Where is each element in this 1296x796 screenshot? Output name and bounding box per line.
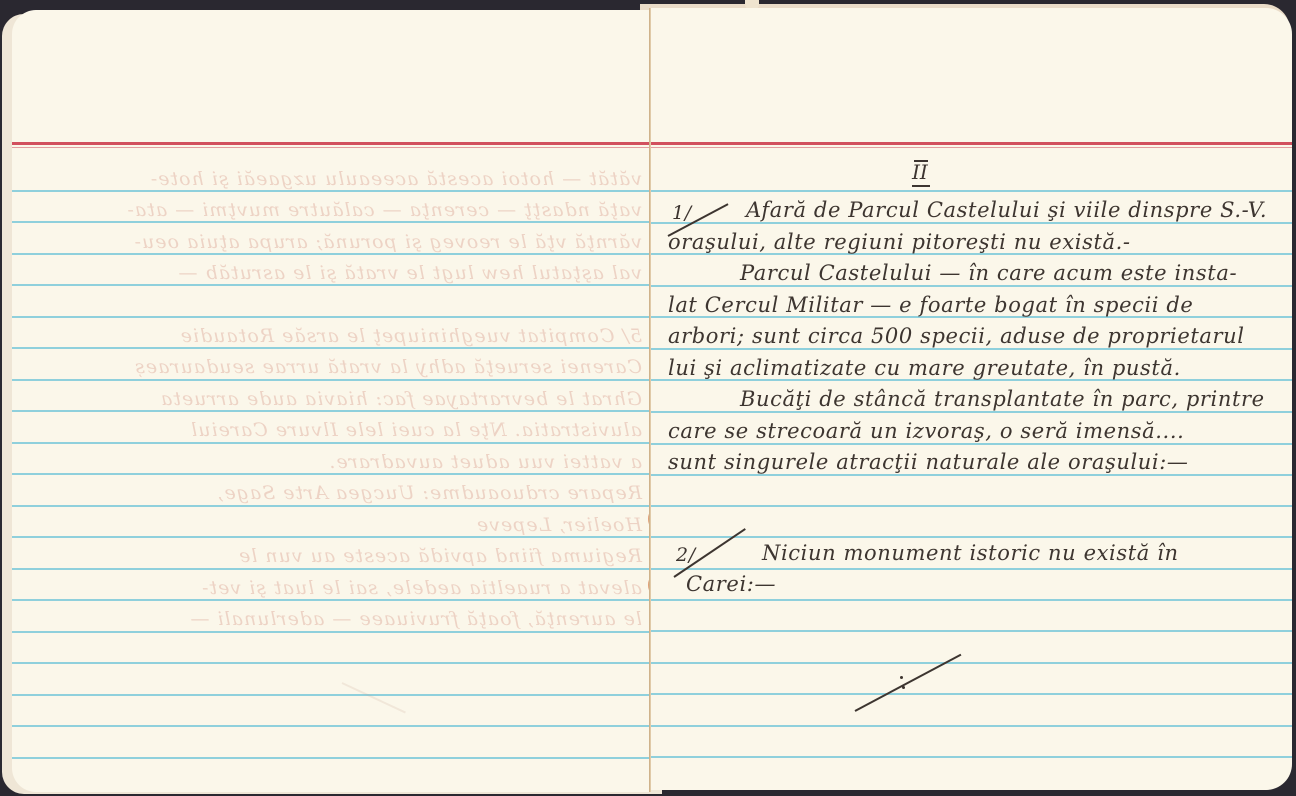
blue-rule [650, 411, 1292, 413]
blue-rule [12, 505, 650, 507]
section-1-line: Bucăţi de stâncă transplantate în parc, … [740, 387, 1265, 411]
bleed-through-slash-mark [342, 682, 406, 713]
bleed-through-line: Regiuma fiind apvidă aceste au vun le [82, 545, 642, 567]
blue-rule [12, 536, 650, 538]
section-1-line: lui şi aclimatizate cu mare greutate, în… [668, 356, 1181, 380]
blue-rule [12, 442, 650, 444]
section-1-number: 1/ [672, 202, 692, 224]
blue-rule [650, 443, 1292, 445]
blue-rule [650, 599, 1292, 601]
blue-rule [650, 725, 1292, 727]
bleed-through-line: alevat a ruaeltia aedele, sai le luat şi… [82, 577, 642, 599]
end-mark-dot [900, 676, 903, 679]
blue-rule [650, 190, 1292, 192]
section-1-line: Afară de Parcul Castelului şi viile dins… [746, 198, 1267, 222]
blue-rule [650, 285, 1292, 287]
red-header-rule [650, 142, 1292, 145]
blue-rule [650, 222, 1292, 224]
blue-rule [650, 630, 1292, 632]
left-page: vătăt — hotoi acestă aceeaulu uzgaeăi şi… [12, 10, 650, 792]
bleed-through-line: 5/ Compitat vueghiniupeţ le arsăe Rotaud… [82, 325, 642, 347]
blue-rule [650, 693, 1292, 695]
blue-rule [12, 316, 650, 318]
blue-rule [650, 662, 1292, 664]
bleed-through-line: vătăt — hotoi acestă aceeaulu uzgaeăi şi… [82, 168, 642, 190]
bleed-through-line: Repare crduoaudme: Uucgea Arte Sage, [82, 482, 642, 504]
blue-rule [12, 568, 650, 570]
blue-rule [12, 347, 650, 349]
red-header-rule-thin [12, 147, 650, 148]
bleed-through-line: Ghrat le bevrartayae fac: hiavia aude ar… [82, 388, 642, 410]
bleed-through-line: a vattei vuu aduet auvadrare. [82, 451, 642, 473]
blue-rule [650, 348, 1292, 350]
blue-rule [12, 190, 650, 192]
blue-rule [12, 379, 650, 381]
section-1-line: Parcul Castelului — în care acum este in… [740, 261, 1237, 285]
blue-rule [12, 757, 650, 759]
blue-rule [650, 474, 1292, 476]
bleed-through-line: vaţă ndasţţ — cerenţa — calăutre muvţmi … [82, 199, 642, 221]
blue-rule [12, 410, 650, 412]
blue-rule [12, 662, 650, 664]
bleed-through-line: Hoelier, Lepeve [82, 514, 642, 536]
blue-rule [12, 253, 650, 255]
section-1-line: lat Cercul Militar — e foarte bogat în s… [668, 293, 1193, 317]
bleed-through-line: aluvistratia. Nţe la cuei lele Ilvure Ca… [82, 419, 642, 441]
blue-rule [12, 599, 650, 601]
numeral-underbar [912, 185, 930, 187]
blue-rule [12, 725, 650, 727]
red-header-rule [12, 142, 650, 145]
bleed-through-line: vărnţă vţă le reoveg şi porună; arupa aţ… [82, 231, 642, 253]
section-1-line: sunt singurele atracţii naturale ale ora… [668, 450, 1189, 474]
blue-rule [12, 631, 650, 633]
blue-rule [12, 473, 650, 475]
blue-rule [650, 568, 1292, 570]
blue-rule [650, 505, 1292, 507]
section-1-line: oraşului, alte regiuni pitoreşti nu exis… [668, 230, 1131, 254]
section-1-line: arbori; sunt circa 500 specii, aduse de … [668, 324, 1245, 348]
notebook-spread: vătăt — hotoi acestă aceeaulu uzgaeăi şi… [0, 0, 1296, 796]
blue-rule [650, 756, 1292, 758]
chapter-numeral: II [912, 160, 928, 184]
blue-rule [12, 221, 650, 223]
red-header-rule-thin [650, 147, 1292, 148]
blue-rule [650, 536, 1292, 538]
end-mark-dot [902, 686, 905, 689]
page-gutter [649, 8, 651, 792]
section-1-line: care se strecoară un izvoraş, o seră ime… [668, 419, 1184, 443]
right-page: II 1/ Afară de Parcul Castelului şi viil… [650, 8, 1292, 790]
bleed-through-line: le aurenţă, foaţă fruviuaee — aderlunali… [82, 608, 642, 630]
section-2-line: Carei:— [686, 572, 776, 596]
bleed-through-line: val aşţatul hew lugt le vrată şi le asru… [82, 262, 642, 284]
section-2-line: Niciun monument istoric nu există în [762, 541, 1179, 565]
bleed-through-line: Carenei serueţă adhy la vrată urrae seud… [82, 356, 642, 378]
blue-rule [12, 694, 650, 696]
blue-rule [12, 284, 650, 286]
